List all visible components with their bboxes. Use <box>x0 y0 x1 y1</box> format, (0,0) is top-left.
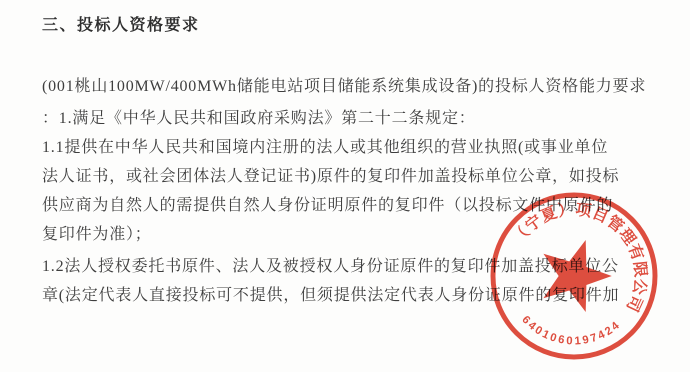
seal-serial-number: 6401060197424 <box>519 314 623 348</box>
seal-graphic: （宁夏）项目管理有限公司 6401060197424 <box>484 186 664 366</box>
seal-star-icon <box>530 229 619 316</box>
text-line: (001桃山100MW/400MWh储能电站项目储能系统集成设备)的投标人资格能… <box>42 72 672 101</box>
document-page: 三、投标人资格要求 (001桃山100MW/400MWh储能电站项目储能系统集成… <box>0 0 690 372</box>
text-line: 1.1提供在中华人民共和国境内注册的法人或其他组织的营业执照(或事业单位 <box>42 133 672 162</box>
section-heading: 三、投标人资格要求 <box>42 12 200 35</box>
text-line: ：1.满足《中华人民共和国政府采购法》第二十二条规定： <box>42 104 672 133</box>
official-seal: （宁夏）项目管理有限公司 6401060197424 <box>484 186 664 366</box>
